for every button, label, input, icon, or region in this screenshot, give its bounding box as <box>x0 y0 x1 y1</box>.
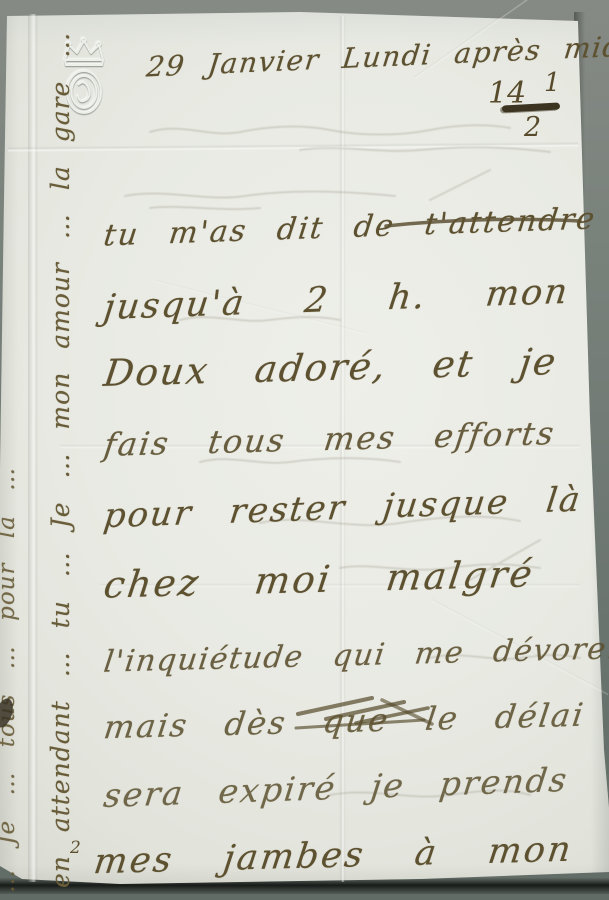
time-notation: 14 1 2 <box>488 68 588 152</box>
time-fraction-numerator: 1 <box>544 68 561 98</box>
page-number: 2 <box>70 838 81 858</box>
margin-crosswriting-outer: … Je … tous … pour la … <box>0 467 20 893</box>
time-fraction-denominator: 2 <box>524 112 541 143</box>
letter-scan: 29 Janvier Lundi après midi 14 1 2 tu m'… <box>0 0 609 900</box>
margin-crosswriting-inner: en attendant … tu … Je … mon amour … la … <box>46 32 75 888</box>
